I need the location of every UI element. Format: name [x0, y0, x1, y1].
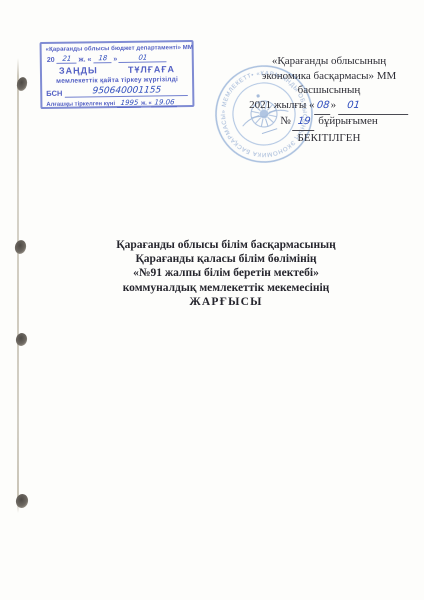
- approval-date-line: 2021 жылғы «08» 01: [238, 98, 420, 115]
- stamp-legal-word: ЗАҢДЫ: [59, 66, 98, 76]
- stamp-first-registration-line: Алғашқы тіркелген күні 1995 ж. « 19.06: [46, 99, 188, 109]
- approval-block: «Қарағанды облысының экономика басқармас…: [238, 54, 420, 145]
- stamp-year-handwritten: 21: [56, 56, 77, 64]
- stamp-bsn-label: БСН: [46, 90, 62, 98]
- title-line-4: коммуналдық мемлекеттік мекемесінің: [46, 281, 406, 295]
- stamp-first-reg-label: Алғашқы тіркелген күні: [46, 102, 115, 109]
- approval-org-line-1: «Қарағанды облысының: [238, 54, 420, 69]
- stamp-month-handwritten: 01: [119, 54, 168, 63]
- stamp-bsn-line: БСН 950640001155: [46, 86, 188, 98]
- binding-fold-line: [17, 58, 19, 513]
- approval-org-line-2: экономика басқармасы» ММ: [238, 69, 420, 84]
- title-charter-word: ЖАРҒЫСЫ: [46, 295, 406, 309]
- document-title: Қарағанды облысы білім басқармасының Қар…: [46, 238, 406, 310]
- stamp-date-line: 20 21 ж. « 18 » 01: [46, 54, 188, 64]
- approval-order-suffix: бұйрығымен: [318, 115, 378, 127]
- stamp-first-reg-year-handwritten: 1995: [117, 99, 142, 107]
- stamp-day-handwritten: 18: [93, 55, 112, 63]
- approval-date-prefix: 2021 жылғы «: [249, 99, 314, 111]
- registration-stamp: «Қарағанды облысы бюджет департаменті» М…: [40, 40, 195, 109]
- title-line-3: «№91 жалпы білім беретін мектебі»: [46, 266, 406, 280]
- stamp-action-line: мемлекеттік қайта тіркеу жүргізілді: [46, 77, 188, 86]
- stamp-date-prefix: 20: [47, 57, 55, 64]
- scanned-charter-page: «Қарағанды облысы бюджет департаменті» М…: [0, 0, 424, 600]
- stamp-first-reg-day-handwritten: 19.06: [151, 99, 178, 107]
- binding-hole: [13, 239, 27, 255]
- stamp-bsn-value-handwritten: 950640001155: [65, 86, 189, 98]
- approval-order-number-handwritten: 19: [293, 115, 317, 131]
- stamp-date-quote: »: [113, 56, 117, 63]
- approval-month-handwritten: 01: [338, 99, 410, 115]
- stamp-legal-entity-line: ЗАҢДЫ ТҰЛҒАҒА: [46, 65, 188, 76]
- approval-order-line: № 19 бұйрығымен: [238, 114, 420, 131]
- title-line-1: Қарағанды облысы білім басқармасының: [46, 238, 406, 252]
- stamp-org-line: «Қарағанды облысы бюджет департаменті» М…: [46, 45, 188, 53]
- approval-org-line-3: басшысының: [238, 83, 420, 98]
- approval-day-handwritten: 08: [314, 99, 332, 115]
- approved-label: БЕКІТІЛГЕН: [238, 131, 420, 146]
- title-line-2: Қарағанды қаласы білім бөлімінің: [46, 252, 406, 266]
- approval-order-prefix: №: [280, 115, 291, 127]
- stamp-date-mid: ж. «: [79, 56, 92, 63]
- stamp-entity-word: ТҰЛҒАҒА: [128, 65, 175, 75]
